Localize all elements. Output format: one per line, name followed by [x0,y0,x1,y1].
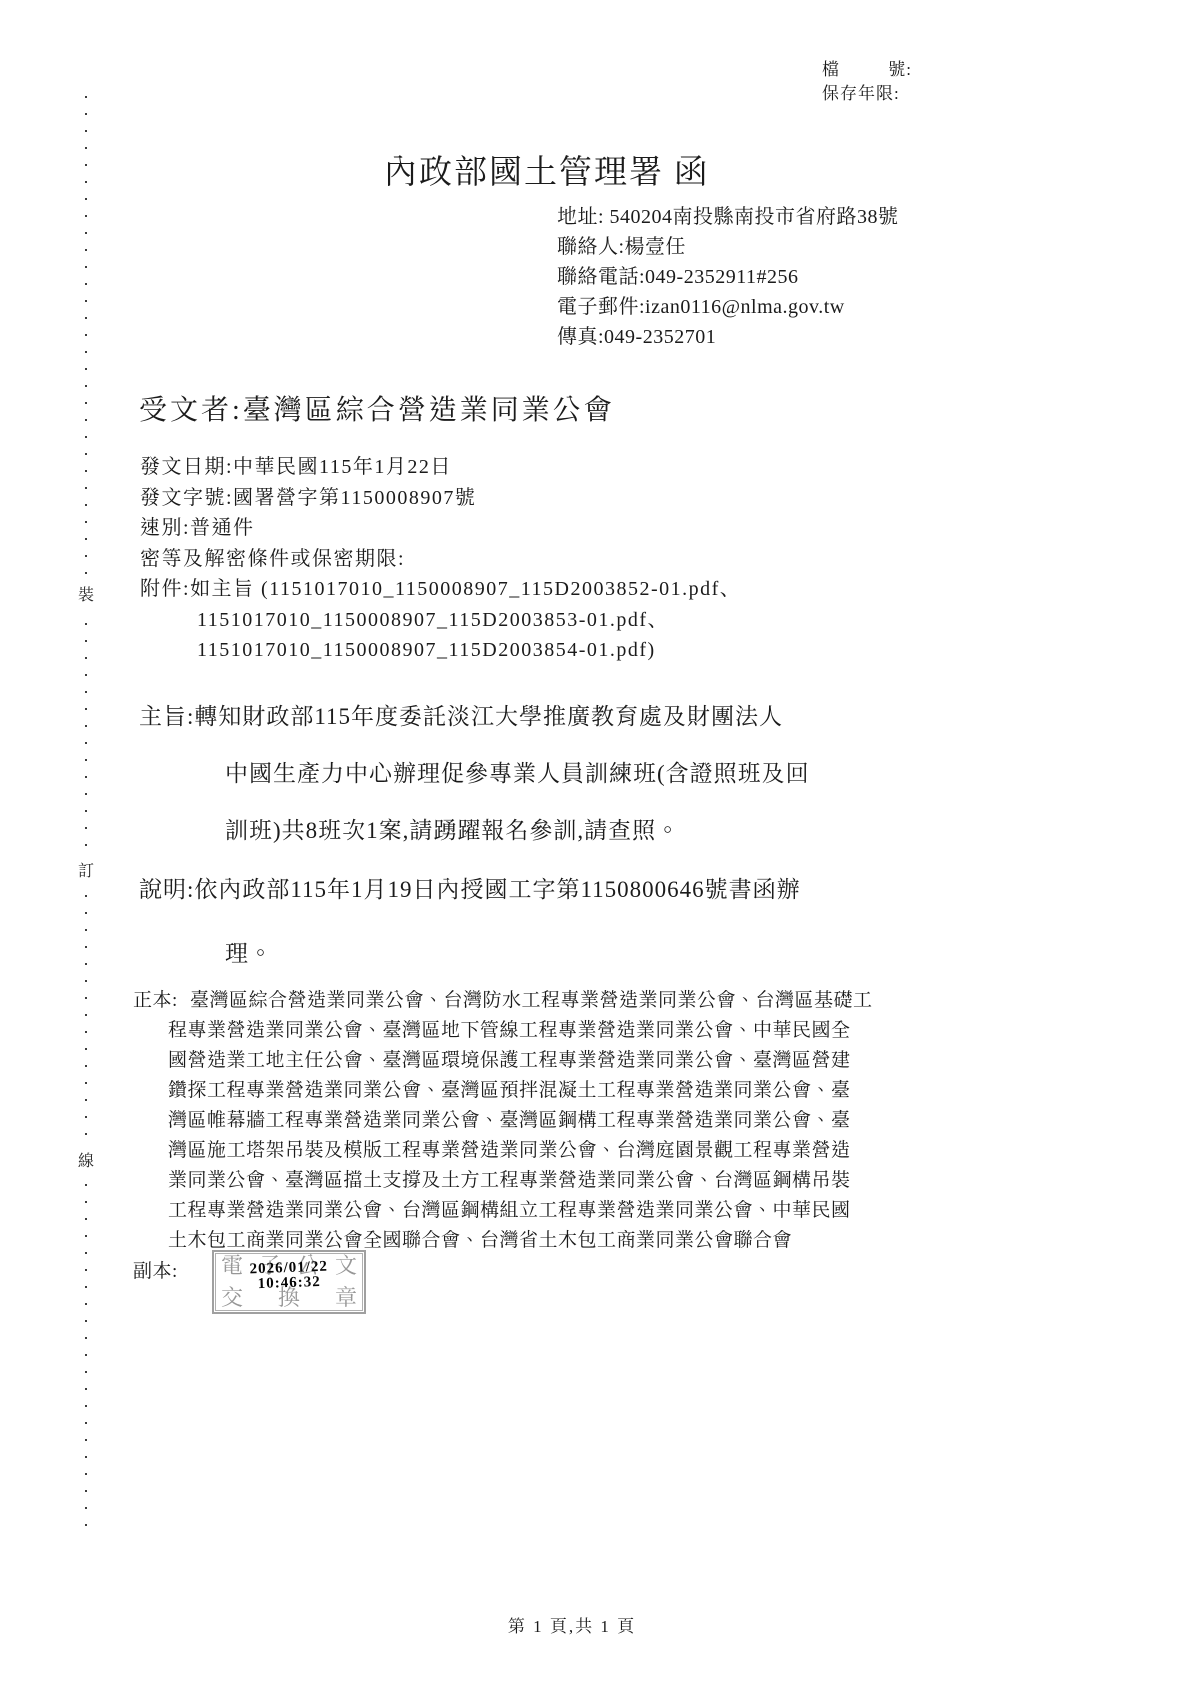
document-title: 內政部國土管理署 函 [384,146,709,193]
explanation-text-1: 依內政部115年1月19日內授國工字第1150800646號書函辦 [194,877,800,902]
sender-contact: 聯絡人:楊壹任 [557,232,899,262]
binding-mark-ding: 訂 [73,858,99,886]
retention-period-label: 保存年限: [822,82,912,106]
file-number-label-left: 檔 [822,58,840,82]
meta-block: 發文日期:中華民國115年1月22日 發文字號:國署營字第1150008907號… [140,452,741,666]
original-line-8: 工程專業營造業同業公會、台灣區鋼構組立工程專業營造業同業公會、中華民國 [133,1196,873,1226]
recipient-name: 臺灣區綜合營造業同業公會 [243,395,615,426]
original-line-5: 灣區帷幕牆工程專業營造業同業公會、臺灣區鋼構工程專業營造業同業公會、臺 [133,1106,873,1136]
file-number-block: 檔 號: 保存年限: [822,58,912,106]
attachment-file-1: 如主旨 (1151017010_1150008907_115D2003852-0… [190,578,741,600]
original-line-1: 臺灣區綜合營造業同業公會、台灣防水工程專業營造業同業公會、台灣區基礎工 [133,986,873,1016]
e-exchange-stamp: 電 子 公 文 交 換 章 2026/01/22 10:46:32 [212,1250,366,1314]
sender-address: 地址: 540204南投縣南投市省府路38號 [557,202,899,232]
original-line-6: 灣區施工塔架吊裝及模版工程專業營造業同業公會、台灣庭園景觀工程專業營造 [133,1136,873,1166]
explanation-line-1: 說明:依內政部115年1月19日內授國工字第1150800646號書函辦 [139,858,801,922]
sender-info-block: 地址: 540204南投縣南投市省府路38號 聯絡人:楊壹任 聯絡電話:049-… [557,202,899,352]
attachment-label: 附件: [140,578,190,600]
original-line-4: 鑽探工程專業營造業同業公會、臺灣區預拌混凝土工程專業營造業同業公會、臺 [133,1076,873,1106]
subject-section: 主旨:轉知財政部115年度委託淡江大學推廣教育處及財團法人 中國生產力中心辦理促… [139,688,810,859]
original-line-3: 國營造業工地主任公會、臺灣區環境保護工程專業營造業同業公會、臺灣區營建 [133,1046,873,1076]
stamp-char-zhang: 章 [335,1287,357,1309]
secrecy-line: 密等及解密條件或保密期限: [140,544,741,575]
subject-line-1: 主旨:轉知財政部115年度委託淡江大學推廣教育處及財團法人 [139,688,810,745]
file-number-label: 檔 號: [822,58,912,82]
issue-date-line: 發文日期:中華民國115年1月22日 [140,452,741,483]
fold-dotted-line [85,96,87,1534]
original-line-7: 業同業公會、臺灣區擋土支撐及土方工程專業營造業同業公會、台灣區鋼構吊裝 [133,1166,873,1196]
cc-label: 副本: [133,1256,178,1283]
original-label: 正本: [133,986,178,1016]
subject-text-1: 轉知財政部115年度委託淡江大學推廣教育處及財團法人 [194,704,783,729]
attachment-line-1: 附件:如主旨 (1151017010_1150008907_115D200385… [140,574,741,605]
original-line-2: 程專業營造業同業公會、臺灣區地下管線工程專業營造業同業公會、中華民國全 [133,1016,873,1046]
sender-phone: 聯絡電話:049-2352911#256 [557,262,899,292]
file-number-label-right: 號: [888,58,912,82]
sender-email: 電子郵件:izan0116@nlma.gov.tw [557,292,899,322]
explanation-section: 說明:依內政部115年1月19日內授國工字第1150800646號書函辦 理。 [139,858,801,986]
subject-label: 主旨: [139,704,194,729]
recipient-line: 受文者:臺灣區綜合營造業同業公會 [139,388,615,428]
attachment-file-2: 1151017010_1150008907_115D2003853-01.pdf… [140,605,741,636]
subject-line-3: 訓班)共8班次1案,請踴躍報名參訓,請查照。 [139,802,810,859]
original-recipients-section: 正本: 臺灣區綜合營造業同業公會、台灣防水工程專業營造業同業公會、台灣區基礎工 … [133,986,873,1256]
stamp-datetime: 2026/01/22 10:46:32 [214,1258,365,1293]
speed-line: 速別:普通件 [140,513,741,544]
document-page: 裝 訂 線 檔 號: 保存年限: 內政部國土管理署 函 地址: 540204南投… [0,0,1200,1696]
recipient-label: 受文者: [139,395,243,426]
binding-mark-zhuang: 裝 [73,582,99,610]
explanation-label: 說明: [139,877,194,902]
binding-mark-xian: 線 [73,1148,99,1176]
doc-number-line: 發文字號:國署營字第1150008907號 [140,483,741,514]
attachment-file-3: 1151017010_1150008907_115D2003854-01.pdf… [140,635,741,666]
explanation-line-2: 理。 [139,922,801,986]
sender-fax: 傳真:049-2352701 [557,322,899,352]
subject-line-2: 中國生產力中心辦理促參專業人員訓練班(含證照班及回 [139,745,810,802]
page-footer: 第 1 頁,共 1 頁 [0,1612,1144,1637]
